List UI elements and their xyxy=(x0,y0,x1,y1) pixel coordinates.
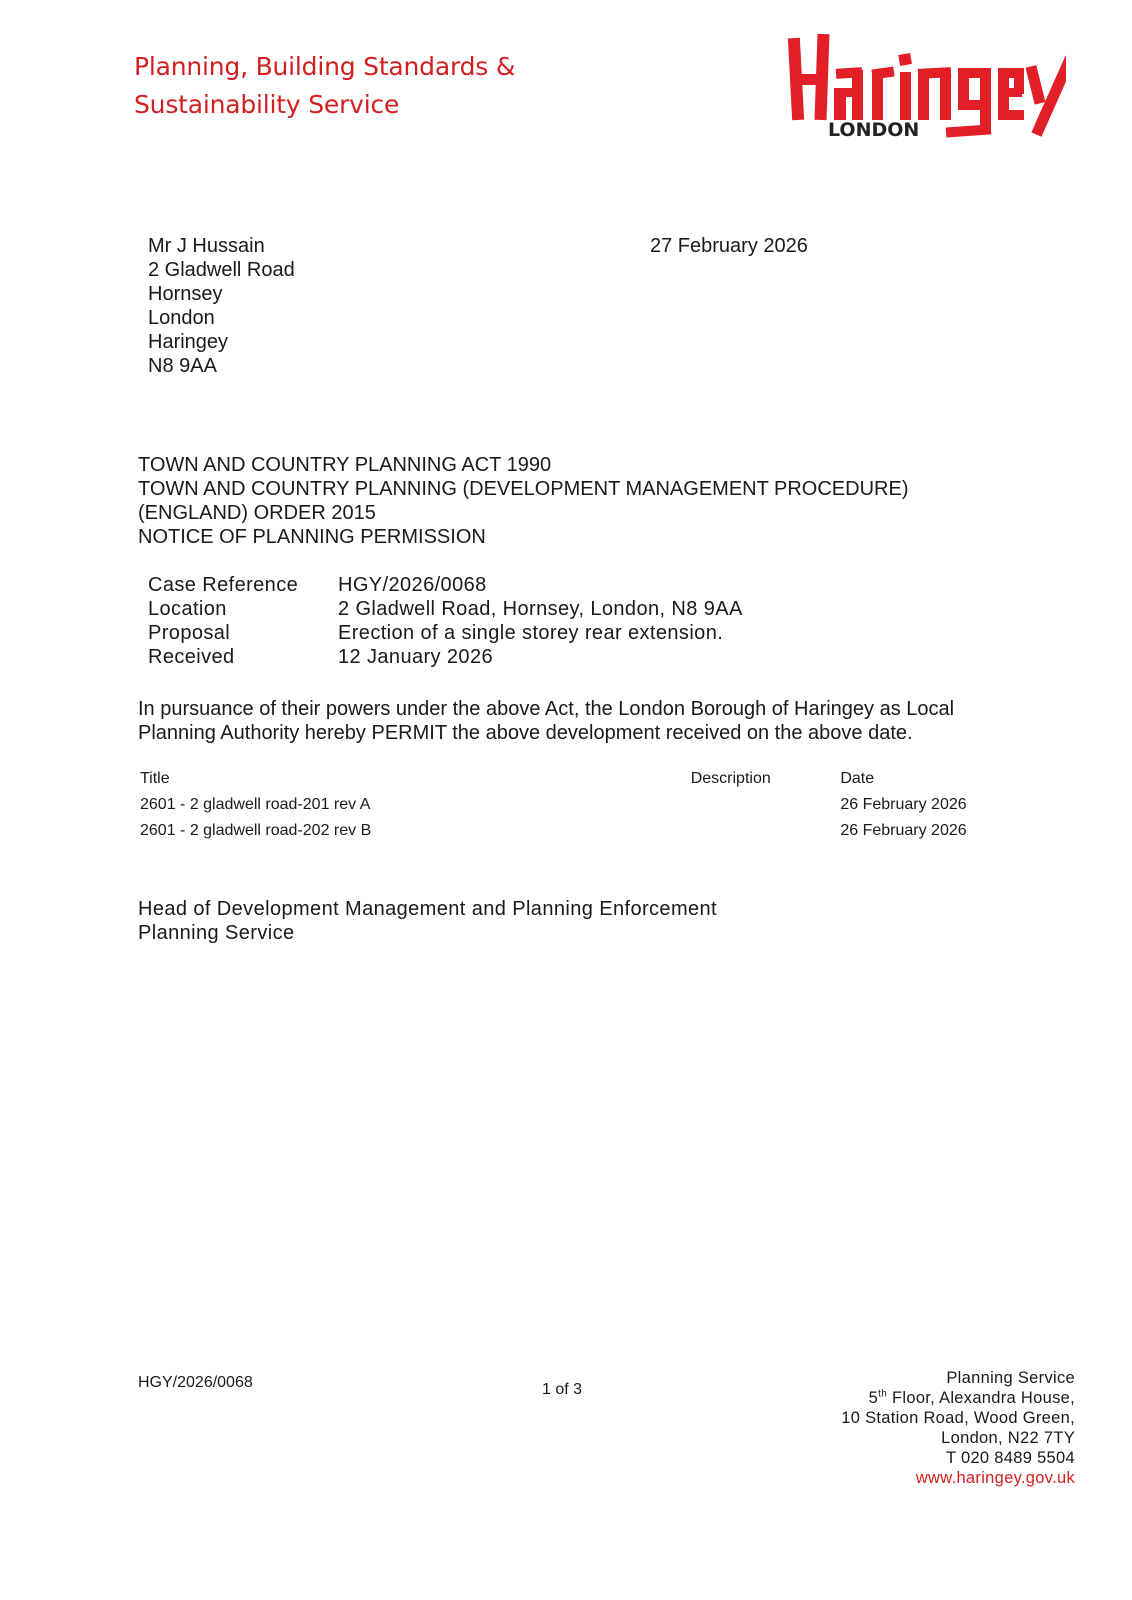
recipient-name: Mr J Hussain xyxy=(148,234,295,258)
case-value: Erection of a single storey rear extensi… xyxy=(338,621,723,645)
footer-phone: T 020 8489 5504 xyxy=(841,1448,1075,1468)
case-value: 12 January 2026 xyxy=(338,645,493,669)
case-row-received: Received 12 January 2026 xyxy=(148,645,743,669)
table-row: 2601 - 2 gladwell road-202 rev B 26 Febr… xyxy=(140,818,990,844)
case-row-proposal: Proposal Erection of a single storey rea… xyxy=(148,621,743,645)
permission-statement-line: In pursuance of their powers under the a… xyxy=(138,697,1018,721)
footer-city: London, N22 7TY xyxy=(841,1428,1075,1448)
signatory-title: Head of Development Management and Plann… xyxy=(138,897,717,921)
column-header-title: Title xyxy=(140,770,691,788)
recipient-area: Hornsey xyxy=(148,282,295,306)
floor-building: Floor, Alexandra House, xyxy=(887,1389,1075,1407)
letter-date: 27 February 2026 xyxy=(650,234,808,258)
act-heading-line: (ENGLAND) ORDER 2015 xyxy=(138,501,908,525)
recipient-street: 2 Gladwell Road xyxy=(148,258,295,282)
signatory-department: Planning Service xyxy=(138,921,717,945)
document-date: 26 February 2026 xyxy=(840,796,990,814)
service-heading: Planning, Building Standards & Sustainab… xyxy=(134,48,515,124)
case-value: HGY/2026/0068 xyxy=(338,573,487,597)
floor-number: 5 xyxy=(869,1389,878,1407)
case-label: Case Reference xyxy=(148,573,338,597)
page-number: 1 of 3 xyxy=(542,1381,582,1399)
recipient-postcode: N8 9AA xyxy=(148,354,295,378)
column-header-description: Description xyxy=(691,770,841,788)
footer-address: Planning Service 5th Floor, Alexandra Ho… xyxy=(841,1368,1075,1488)
service-heading-line1: Planning, Building Standards & xyxy=(134,48,515,86)
case-value: 2 Gladwell Road, Hornsey, London, N8 9AA xyxy=(338,597,743,621)
act-heading-line: TOWN AND COUNTRY PLANNING (DEVELOPMENT M… xyxy=(138,477,908,501)
case-label: Proposal xyxy=(148,621,338,645)
table-row: 2601 - 2 gladwell road-201 rev A 26 Febr… xyxy=(140,792,990,818)
footer-street: 10 Station Road, Wood Green, xyxy=(841,1408,1075,1428)
column-header-date: Date xyxy=(840,770,990,788)
floor-ordinal: th xyxy=(878,1389,887,1400)
permission-statement: In pursuance of their powers under the a… xyxy=(138,697,1018,745)
case-row-location: Location 2 Gladwell Road, Hornsey, Londo… xyxy=(148,597,743,621)
notice-title: NOTICE OF PLANNING PERMISSION xyxy=(138,525,908,549)
signatory-block: Head of Development Management and Plann… xyxy=(138,897,717,945)
act-heading-line: TOWN AND COUNTRY PLANNING ACT 1990 xyxy=(138,453,908,477)
document-title: 2601 - 2 gladwell road-201 rev A xyxy=(140,796,691,814)
act-heading: TOWN AND COUNTRY PLANNING ACT 1990 TOWN … xyxy=(138,453,908,549)
permission-statement-line: Planning Authority hereby PERMIT the abo… xyxy=(138,721,1018,745)
svg-text:LONDON: LONDON xyxy=(828,119,919,141)
table-header-row: Title Description Date xyxy=(140,766,990,792)
website-link[interactable]: www.haringey.gov.uk xyxy=(841,1468,1075,1488)
footer-case-reference: HGY/2026/0068 xyxy=(138,1374,253,1392)
document-title: 2601 - 2 gladwell road-202 rev B xyxy=(140,822,691,840)
case-details: Case Reference HGY/2026/0068 Location 2 … xyxy=(148,573,743,669)
case-row-reference: Case Reference HGY/2026/0068 xyxy=(148,573,743,597)
recipient-borough: Haringey xyxy=(148,330,295,354)
recipient-city: London xyxy=(148,306,295,330)
recipient-address: Mr J Hussain 2 Gladwell Road Hornsey Lon… xyxy=(148,234,295,378)
footer-floor: 5th Floor, Alexandra House, xyxy=(841,1388,1075,1408)
case-label: Received xyxy=(148,645,338,669)
document-date: 26 February 2026 xyxy=(840,822,990,840)
footer-service-name: Planning Service xyxy=(841,1368,1075,1388)
approved-documents-table: Title Description Date 2601 - 2 gladwell… xyxy=(140,766,990,844)
case-label: Location xyxy=(148,597,338,621)
haringey-london-logo-icon: LONDON xyxy=(786,32,1066,144)
service-heading-line2: Sustainability Service xyxy=(134,86,515,124)
